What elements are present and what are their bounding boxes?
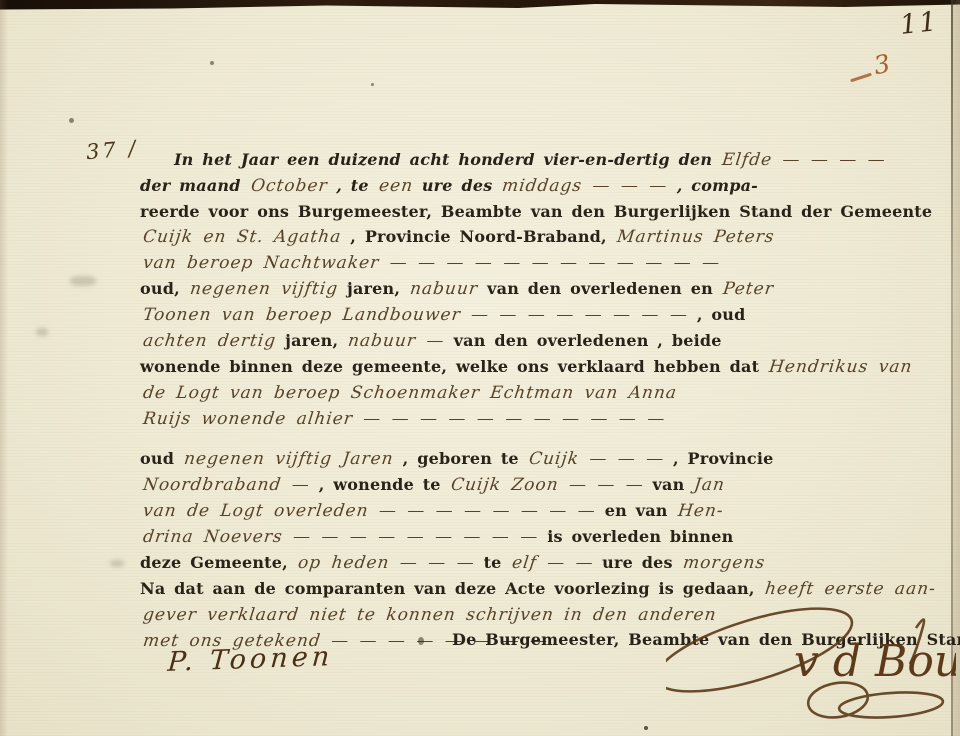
handwritten-text: Elfde — — — —: [721, 148, 888, 173]
handwritten-text: nabuur —: [347, 329, 446, 354]
bleed-smudge: [70, 276, 96, 286]
printed-text: wonende binnen deze gemeente, welke ons …: [140, 354, 759, 379]
handwritten-text: de Logt van beroep Schoenmaker Echtman v…: [141, 381, 678, 406]
printed-text: , oud: [697, 302, 746, 327]
printed-text: van den overledenen , beide: [454, 328, 722, 353]
handwritten-text: middags — — —: [501, 174, 669, 199]
document-line: de Logt van beroep Schoenmaker Echtman v…: [140, 380, 912, 406]
document-line: der maandOctober, teeenure desmiddags — …: [140, 173, 912, 199]
printed-text: is overleden binnen: [547, 524, 733, 549]
scanned-death-record-page: 11 3 37 / In het Jaar een duizend acht h…: [0, 0, 960, 736]
document-line: Toonen van beroep Landbouwer — — — — — —…: [140, 302, 912, 328]
handwritten-text: Jan: [693, 473, 727, 498]
handwritten-text: Hen-: [676, 499, 725, 524]
ink-speck: [210, 61, 214, 65]
handwritten-text: Martinus Peters: [615, 225, 776, 250]
printed-text: , Provincie Noord-Braband,: [350, 224, 607, 249]
handwritten-text: nabuur: [409, 277, 480, 302]
ink-speck: [69, 118, 74, 123]
printed-text: van: [653, 472, 685, 497]
document-line: drina Noevers — — — — — — — — —is overle…: [140, 524, 912, 550]
secondary-number-red: 3: [872, 49, 893, 80]
document-line: reerde voor ons Burgemeester, Beambte va…: [140, 199, 912, 224]
handwritten-text: negenen vijftig Jaren: [183, 447, 396, 472]
printed-text: reerde voor ons Burgemeester, Beambte va…: [140, 199, 932, 224]
document-line: achten dertigjaren,nabuur —van den overl…: [140, 328, 912, 354]
document-line: oudnegenen vijftig Jaren, geboren teCuij…: [140, 446, 912, 472]
document-line: Ruijs wonende alhier — — — — — — — — — —…: [140, 406, 912, 432]
handwritten-text: Ruijs wonende alhier — — — — — — — — — —…: [141, 407, 666, 432]
handwritten-text: een: [377, 174, 414, 199]
document-line: wonende binnen deze gemeente, welke ons …: [140, 354, 912, 380]
burgemeester-signature: v d Bouh: [666, 598, 956, 733]
handwritten-text: elf — —: [510, 551, 595, 576]
handwritten-text: van de Logt overleden — — — — — — — —: [141, 499, 597, 524]
burgemeester-signature-text: v d Bouh: [794, 636, 956, 687]
printed-text: , geboren te: [403, 446, 519, 471]
printed-text: te: [484, 550, 502, 575]
handwritten-text: op heden — — —: [296, 551, 476, 576]
handwritten-text: Cuijk en St. Agatha: [141, 225, 342, 250]
ink-speck: [418, 637, 424, 645]
red-pen-stroke: [850, 73, 872, 83]
handwritten-text: Toonen van beroep Landbouwer — — — — — —…: [141, 303, 689, 328]
document-line: deze Gemeente,op heden — — —teelf — —ure…: [140, 550, 912, 576]
bleed-smudge: [36, 328, 48, 336]
document-body: In het Jaar een duizend acht honderd vie…: [140, 147, 912, 654]
document-line: In het Jaar een duizend acht honderd vie…: [140, 147, 912, 173]
handwritten-text: morgens: [681, 551, 766, 576]
printed-text: , te: [336, 173, 369, 198]
printed-text: , compa-: [677, 173, 758, 198]
handwritten-text: Hendrikus van: [768, 355, 914, 380]
scan-top-edge: [0, 0, 960, 10]
ink-speck: [371, 83, 374, 86]
handwritten-text: Cuijk — — —: [527, 447, 665, 472]
document-line: van beroep Nachtwaker — — — — — — — — — …: [140, 250, 912, 276]
handwritten-text: Cuijk Zoon — — —: [449, 473, 645, 498]
act-number-margin: 37 /: [85, 136, 139, 164]
handwritten-text: van beroep Nachtwaker — — — — — — — — — …: [141, 251, 721, 276]
handwritten-text: Peter: [721, 277, 775, 302]
page-left-shade: [0, 0, 8, 736]
document-line: Noordbraband —, wonende teCuijk Zoon — —…: [140, 472, 912, 498]
document-line: oud,negenen vijftigjaren,nabuurvan den o…: [140, 276, 912, 302]
printed-text: Na dat aan de comparanten van deze Acte …: [140, 576, 755, 601]
printed-text: oud,: [140, 276, 180, 301]
handwritten-text: gever verklaard niet te konnen schrijven…: [141, 603, 718, 628]
handwritten-text: achten dertig: [141, 329, 277, 354]
witness-signature: P. Toonen: [167, 641, 335, 678]
printed-text: In het Jaar een duizend acht honderd vie…: [174, 147, 712, 172]
printed-text: der maand: [140, 173, 241, 198]
printed-text: ure des: [422, 173, 493, 198]
handwritten-text: negenen vijftig: [188, 277, 339, 302]
document-line: Cuijk en St. Agatha, Provincie Noord-Bra…: [140, 224, 912, 250]
printed-text: van den overledenen en: [487, 276, 713, 301]
bleed-smudge: [110, 560, 124, 567]
printed-text: en van: [605, 498, 668, 523]
handwritten-text: drina Noevers — — — — — — — — —: [141, 525, 539, 550]
printed-text: jaren,: [285, 328, 338, 353]
printed-text: , Provincie: [673, 446, 773, 471]
printed-text: oud: [140, 446, 174, 471]
handwritten-text: October: [249, 174, 329, 199]
document-line: van de Logt overleden — — — — — — — —en …: [140, 498, 912, 524]
printed-text: ure des: [602, 550, 673, 575]
handwritten-text: Noordbraband —: [141, 473, 311, 498]
ink-speck: [644, 726, 648, 730]
page-number-handwritten: 11: [898, 6, 939, 41]
printed-text: , wonende te: [319, 472, 441, 497]
printed-text: deze Gemeente,: [140, 550, 288, 575]
printed-text: jaren,: [347, 276, 400, 301]
